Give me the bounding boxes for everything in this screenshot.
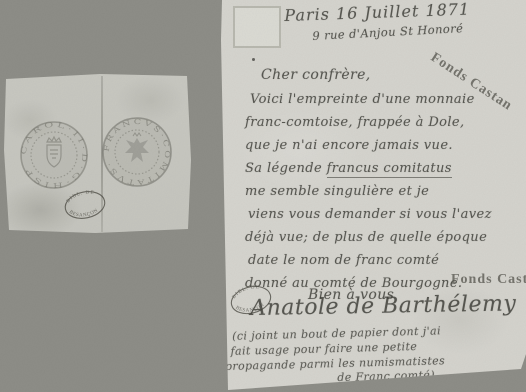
body-line-8: date le nom de franc comté bbox=[248, 249, 492, 272]
postscript: (ci joint un bout de papier dont j'ai fa… bbox=[224, 324, 446, 389]
removed-label-outline bbox=[233, 6, 281, 48]
salutation: Cher confrère, bbox=[261, 67, 371, 83]
body-line-6: viens vous demander si vous l'avez bbox=[248, 203, 492, 226]
svg-text:BESANÇON: BESANÇON bbox=[67, 204, 100, 221]
coin-rubbing-right-icon: FRANCVS·COMITATVS· bbox=[100, 112, 174, 190]
body-line-5: me semble singulière et je bbox=[245, 180, 492, 203]
body-line-1: Voici l'empreinte d'une monnaie bbox=[250, 88, 492, 111]
photo-canvas: CAROL·II·D·G·HISP FRANCVS·COMITATVS· bbox=[0, 0, 526, 392]
library-stamp-text-bottom: BESANÇON bbox=[67, 204, 100, 221]
underlined-phrase: francus comitatus bbox=[327, 161, 452, 178]
signature: Anatole de Barthélemy bbox=[250, 291, 516, 321]
ps-line-4: de Franc comté) bbox=[337, 369, 446, 387]
letter-body: Voici l'empreinte d'une monnaie franc-co… bbox=[245, 88, 492, 295]
body-line-4: Sa légende francus comitatus bbox=[245, 157, 492, 180]
library-stamp-text-top: BIBL. DE bbox=[65, 189, 97, 205]
body-line-3: que je n'ai encore jamais vue. bbox=[245, 134, 492, 157]
svg-text:BIBL. DE: BIBL. DE bbox=[65, 189, 97, 205]
address-line: 9 rue d'Anjou St Honoré bbox=[312, 21, 464, 43]
ink-speck bbox=[252, 58, 255, 61]
fonds-castan-stamp-horizontal: Fonds Castan bbox=[451, 272, 526, 288]
body-line-4-prefix: Sa légende bbox=[245, 161, 327, 176]
coin-rubbing-left-icon: CAROL·II·D·G·HISP bbox=[18, 115, 90, 191]
body-line-2: franc-comtoise, frappée à Dole, bbox=[245, 111, 492, 134]
body-line-7: déjà vue; de plus de quelle époque bbox=[245, 226, 492, 249]
